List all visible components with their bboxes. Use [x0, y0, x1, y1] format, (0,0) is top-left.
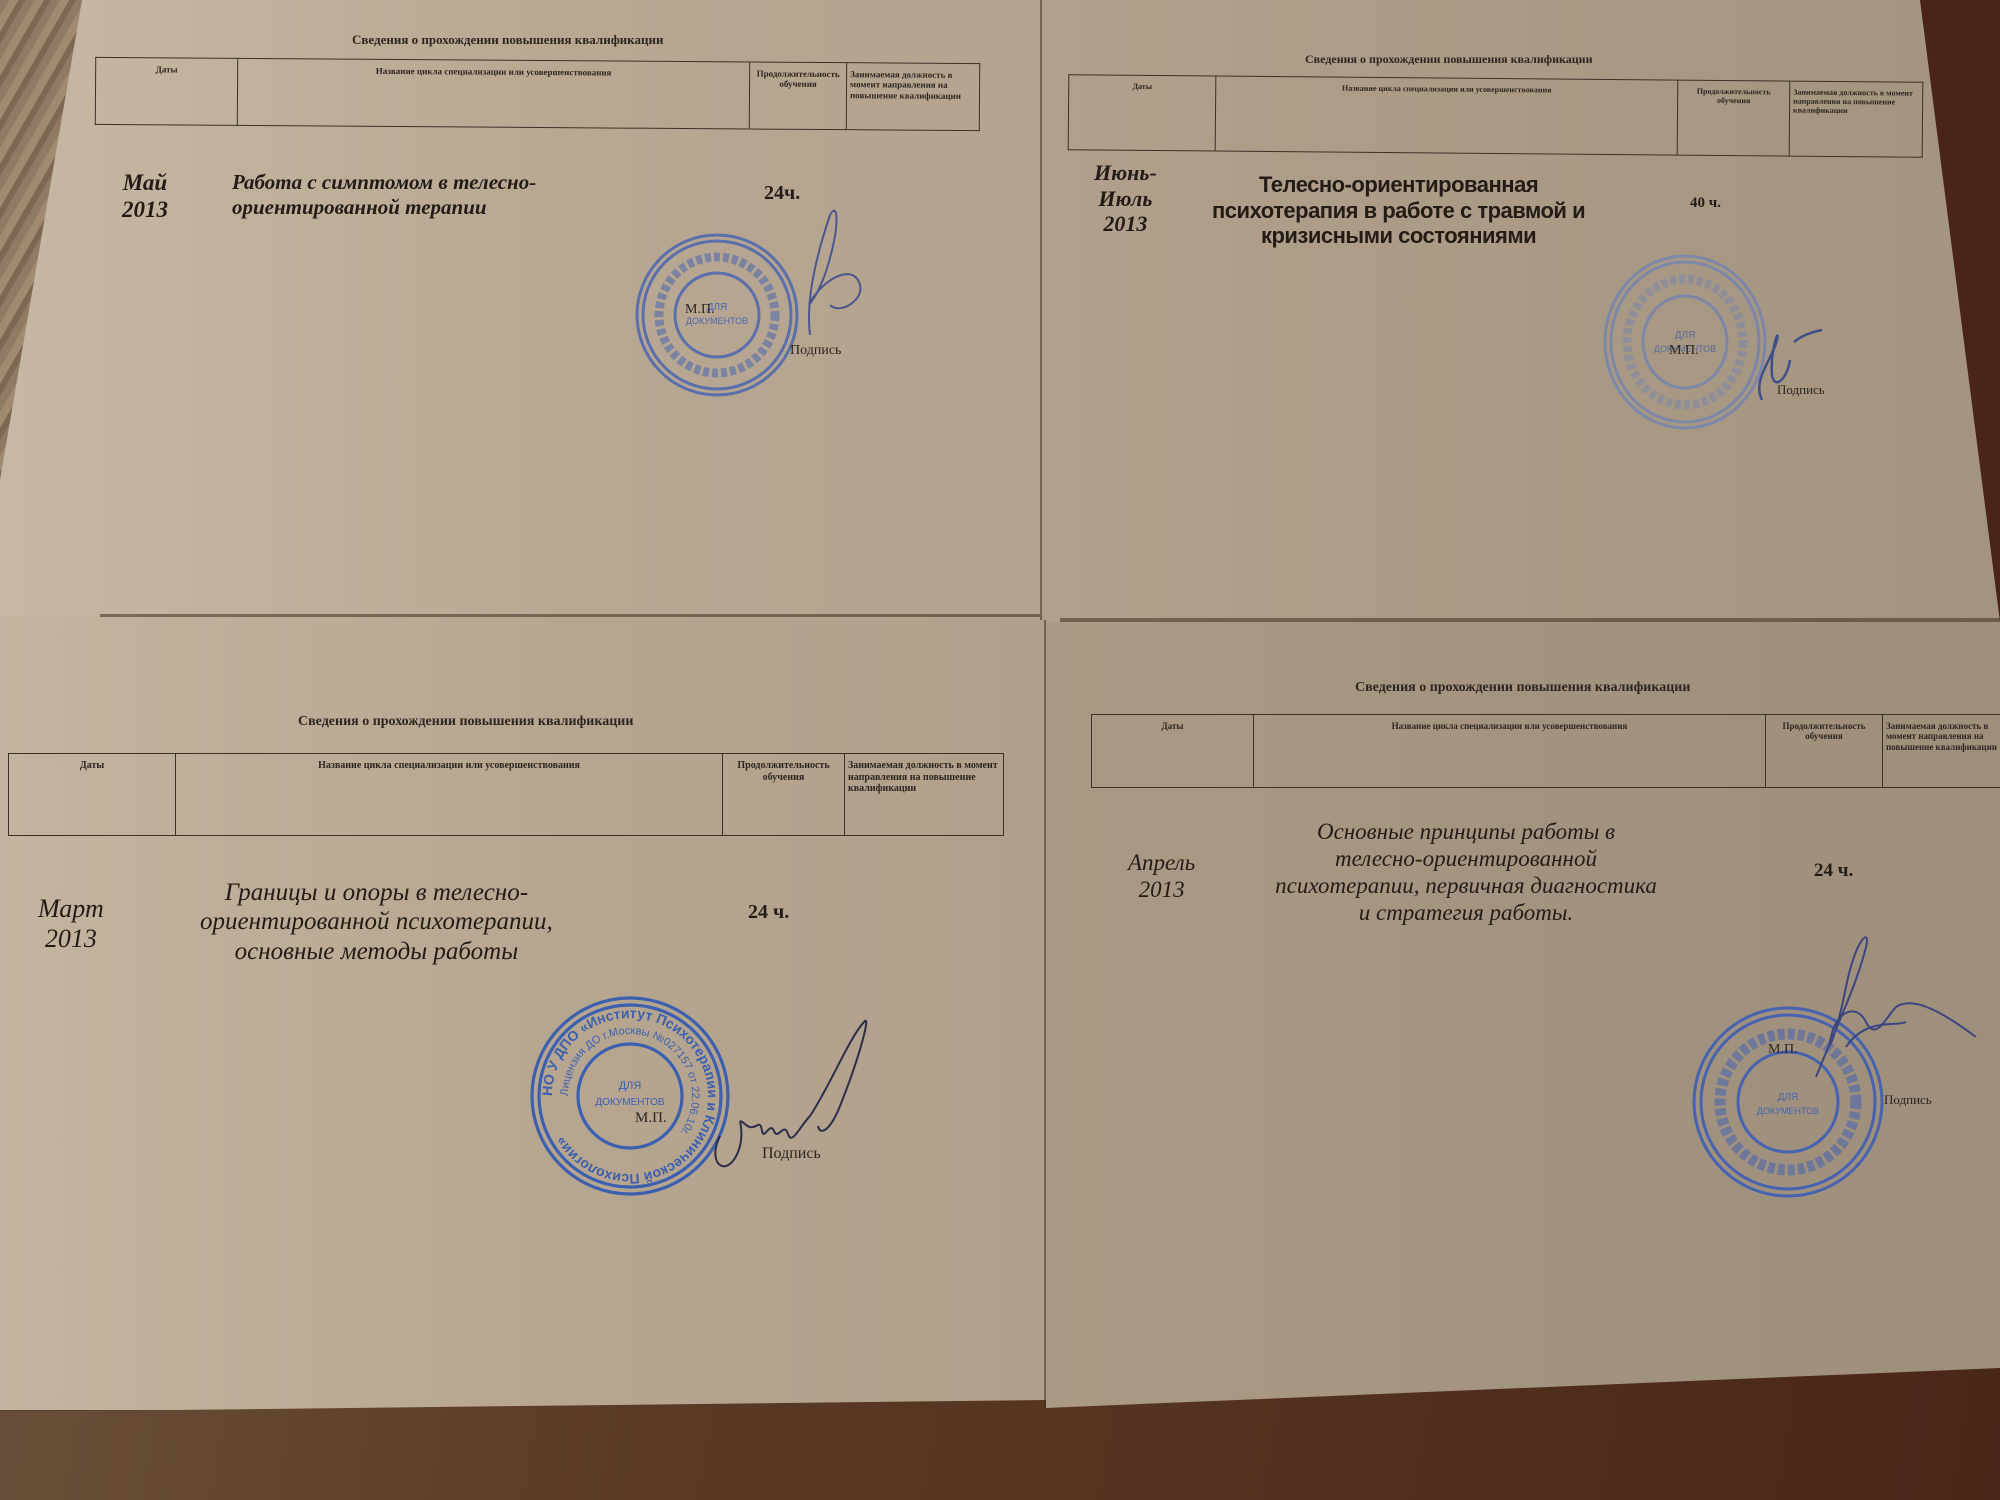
course-name: Работа с симптомом в телесно-ориентирова…	[232, 170, 536, 219]
certificate-sheet-june-july-2013: Сведения о прохождении повышения квалифи…	[1042, 0, 2000, 622]
header-course-name: Название цикла специализации или усоверш…	[176, 754, 723, 836]
svg-text:ДЛЯ: ДЛЯ	[619, 1080, 642, 1092]
course-date: Апрель2013	[1128, 850, 1195, 904]
course-name: Границы и опоры в телесно-ориентированно…	[200, 878, 553, 966]
header-position: Занимаемая должность в момент направлени…	[845, 754, 1004, 836]
svg-text:ДЛЯ: ДЛЯ	[1778, 1092, 1799, 1103]
header-dates: Даты	[1092, 715, 1254, 788]
stamp-place-label: М.П.	[685, 302, 715, 318]
certificate-sheet-march-2013: Сведения о прохождении повышения квалифи…	[0, 616, 1046, 1410]
header-dates: Даты	[1068, 75, 1216, 151]
certificate-sheet-april-2013: Сведения о прохождении повышения квалифи…	[1046, 622, 2000, 1408]
sheet-title: Сведения о прохождении повышения квалифи…	[298, 714, 633, 730]
header-table: Даты Название цикла специализации или ус…	[95, 57, 980, 131]
header-course-name: Название цикла специализации или усоверш…	[1254, 715, 1766, 788]
faded-print: · · · · · · · ·	[1402, 296, 1455, 311]
svg-text:ДОКУМЕНТОВ: ДОКУМЕНТОВ	[1757, 1106, 1819, 1116]
header-table: Даты Название цикла специализации или ус…	[1091, 714, 2000, 788]
course-hours: 24 ч.	[748, 901, 789, 924]
signature-label: Подпись	[790, 343, 841, 359]
sheet-title: Сведения о прохождении повышения квалифи…	[1355, 680, 1690, 696]
header-course-name: Название цикла специализации или усоверш…	[237, 58, 749, 129]
stamp-place-label: М.П.	[1669, 343, 1699, 359]
header-table: Даты Название цикла специализации или ус…	[8, 753, 1004, 836]
sheet-edge	[100, 614, 1040, 617]
course-hours: 24 ч.	[1814, 860, 1853, 882]
header-dates: Даты	[95, 57, 237, 125]
stamp-place-label: М.П.	[635, 1110, 667, 1127]
signature-icon	[760, 205, 870, 345]
sheet-edge	[1044, 620, 1046, 1410]
svg-text:ДЛЯ: ДЛЯ	[1675, 330, 1696, 341]
header-duration: Продолжительность обучения	[749, 62, 846, 130]
course-date: Март2013	[38, 894, 104, 955]
signature-icon	[700, 1016, 880, 1196]
header-position: Занимаемая должность в момент направлени…	[1789, 81, 1923, 157]
signature-label: Подпись	[1884, 1092, 1932, 1108]
course-hours: 24ч.	[764, 182, 800, 205]
signature-icon	[1786, 927, 2000, 1087]
header-duration: Продолжительность обучения	[1766, 715, 1883, 788]
course-date: Май2013	[122, 170, 168, 224]
sheet-title: Сведения о прохождении повышения квалифи…	[352, 32, 663, 48]
course-date: Июнь-Июль2013	[1094, 160, 1157, 237]
signature-label: Подпись	[1777, 382, 1825, 398]
sheet-title: Сведения о прохождении повышения квалифи…	[1305, 52, 1592, 67]
certificate-sheet-may-2013: Сведения о прохождении повышения квалифи…	[0, 0, 1042, 616]
header-duration: Продолжительность обучения	[723, 754, 845, 836]
header-dates: Даты	[9, 754, 176, 836]
signature-label: Подпись	[762, 1145, 821, 1163]
svg-text:ДОКУМЕНТОВ: ДОКУМЕНТОВ	[595, 1097, 665, 1108]
course-hours: 40 ч.	[1690, 195, 1721, 212]
header-position: Занимаемая должность в момент направлени…	[1883, 715, 2000, 788]
course-name: Телесно-ориентированнаяпсихотерапия в ра…	[1212, 172, 1585, 249]
sheet-edge	[1060, 618, 2000, 622]
header-course-name: Название цикла специализации или усоверш…	[1215, 76, 1678, 155]
course-name: Основные принципы работы втелесно-ориент…	[1256, 819, 1676, 927]
header-position: Занимаемая должность в момент направлени…	[846, 63, 979, 131]
header-duration: Продолжительность обучения	[1677, 80, 1790, 156]
header-table: Даты Название цикла специализации или ус…	[1068, 74, 1924, 157]
sheet-edge	[1040, 0, 1042, 620]
stamp-place-label: М.П.	[1768, 1042, 1798, 1058]
